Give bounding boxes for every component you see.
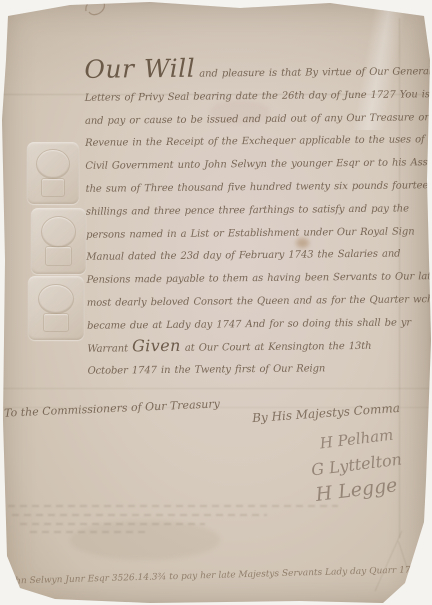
line-text: Manual dated the 23d day of February 174… bbox=[86, 249, 400, 263]
line-text: shillings and three pence three farthing… bbox=[86, 203, 409, 217]
line-text: the sum of Three thousand five hundred t… bbox=[86, 180, 432, 195]
line-text: became due at Lady day 1747 And for so d… bbox=[87, 317, 411, 331]
horizontal-crease bbox=[0, 388, 432, 389]
line-text: most dearly beloved Consort the Queen an… bbox=[87, 294, 432, 309]
paper-blotch bbox=[70, 520, 220, 560]
ink-bleedthrough bbox=[30, 531, 150, 533]
embossed-seal-icon bbox=[27, 142, 79, 204]
manuscript-line: shillings and three pence three farthing… bbox=[86, 198, 432, 224]
manuscript-line: became due at Lady day 1747 And for so d… bbox=[87, 312, 432, 338]
manuscript-line: Our Will and pleasure is that By virtue … bbox=[84, 61, 430, 87]
embossed-seal-icon bbox=[31, 208, 86, 274]
line-text: at Our Court at Kensington the 13th bbox=[185, 340, 372, 353]
line-text: persons named in a List or Establishment… bbox=[86, 226, 415, 240]
line-text: and pay or cause to be issued and paid o… bbox=[85, 112, 429, 127]
manuscript-body: Our Will and pleasure is that By virtue … bbox=[84, 61, 432, 384]
line-text: October 1747 in the Twenty first of Our … bbox=[87, 364, 325, 377]
embossed-seal-icon bbox=[28, 276, 84, 340]
ink-bleedthrough bbox=[12, 514, 267, 516]
opening-words: Our Will bbox=[84, 54, 195, 84]
manuscript-line: the sum of Three thousand five hundred t… bbox=[86, 175, 432, 201]
manuscript-line: most dearly beloved Consort the Queen an… bbox=[87, 289, 432, 315]
manuscript-line: Letters of Privy Seal bearing date the 2… bbox=[85, 84, 431, 110]
given-word: Given bbox=[132, 335, 181, 355]
line-text: Warrant bbox=[87, 343, 128, 354]
ink-bleedthrough bbox=[8, 505, 338, 507]
line-text: Pensions made payable to them as having … bbox=[87, 271, 432, 286]
line-text: Civil Government unto John Selwyn the yo… bbox=[85, 157, 432, 172]
manuscript-line: October 1747 in the Twenty first of Our … bbox=[87, 358, 432, 384]
pen-flourish-icon bbox=[82, 0, 112, 23]
line-text: Letters of Privy Seal bearing date the 2… bbox=[85, 89, 432, 104]
signature-block: H Pelham G Lyttelton H Legge bbox=[311, 430, 402, 501]
ink-bleedthrough bbox=[20, 523, 205, 525]
line-text: Revenue in the Receipt of the Exchequer … bbox=[85, 134, 432, 149]
scanned-document-view: Our Will and pleasure is that By virtue … bbox=[0, 0, 432, 605]
line-text: and pleasure is that By virtue of Our Ge… bbox=[199, 66, 432, 79]
manuscript-paper: Our Will and pleasure is that By virtue … bbox=[0, 0, 432, 605]
